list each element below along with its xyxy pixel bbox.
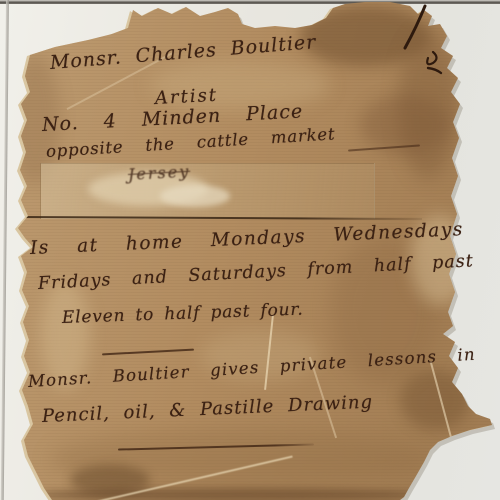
line-hours-1: Is at home Mondays Wednesdays bbox=[30, 219, 465, 259]
line-hours-3: Eleven to half past four. bbox=[62, 300, 304, 328]
ink-flourish-mark bbox=[395, 2, 455, 82]
short-underline-flourish bbox=[102, 349, 194, 356]
ink-layer: Monsr. Charles Boultier Artist No. 4 Min… bbox=[0, 0, 500, 500]
line-recipient-name: Monsr. Charles Boultier bbox=[49, 31, 317, 74]
photographed-manuscript: Monsr. Charles Boultier Artist No. 4 Min… bbox=[0, 0, 500, 500]
line-hours-2: Fridays and Saturdays from half past bbox=[37, 251, 474, 294]
line-lessons-2: Pencil, oil, & Pastille Drawing bbox=[42, 392, 374, 427]
long-underline-flourish bbox=[118, 443, 314, 450]
line-lessons-1: Monsr. Boultier gives private lessons in bbox=[27, 345, 476, 391]
ink-dash-after-market bbox=[348, 144, 420, 151]
line-place-struck-out: Jersey bbox=[128, 162, 191, 184]
